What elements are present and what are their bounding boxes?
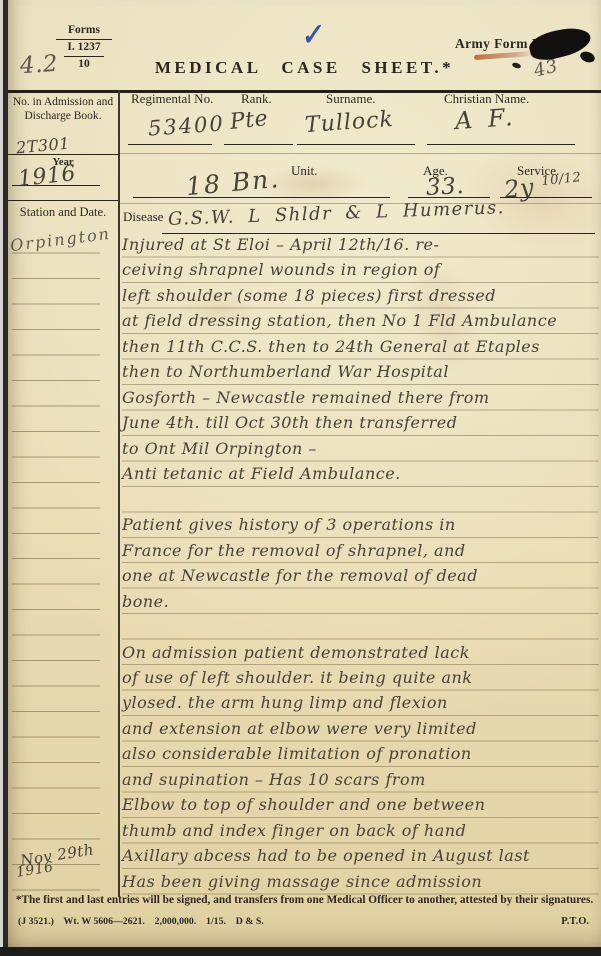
handwritten-line: Injured at St Eloi – April 12th/16. re- [122, 232, 601, 257]
handwritten-line [122, 487, 601, 512]
admission-book-label: No. in Admission and Discharge Book. [10, 96, 116, 123]
forms-ref-rule [64, 56, 104, 57]
handwritten-line: France for the removal of shrapnel, and [122, 538, 601, 563]
footer-pto: P.T.O. [561, 916, 589, 927]
handwritten-line: then to Northumberland War Hospital [122, 359, 601, 384]
handwritten-line: June 4th. till Oct 30th then transferred [122, 410, 601, 435]
army-form-label: Army Form I. [455, 36, 541, 52]
handwritten-line: and extension at elbow were very limited [122, 716, 601, 741]
forms-ref-line1: Forms [52, 24, 116, 36]
regimental-no-label: Regimental No. [131, 91, 213, 107]
christian-name-value: A F. [454, 103, 517, 135]
surname-value: Tullock [304, 107, 394, 138]
footer-print-code: (J 3521.) Wt. W 5606—2621. 2,000,000. 1/… [18, 916, 264, 927]
surname-label: Surname. [326, 91, 375, 107]
handwritten-notes: Injured at St Eloi – April 12th/16. re- … [122, 232, 601, 894]
field-underline [427, 144, 575, 145]
rank-value: Pte [229, 106, 270, 135]
unit-label: Unit. [291, 163, 317, 179]
disease-label: Disease [123, 209, 163, 225]
handwritten-line: Anti tetanic at Field Ambulance. [122, 461, 601, 486]
handwritten-line: one at Newcastle for the removal of dead [122, 563, 601, 588]
footer-signature-note: *The first and last entries will be sign… [12, 894, 597, 906]
rank-label: Rank. [241, 91, 272, 107]
scanned-document-page: Forms I. 1237 10 4.2 ✓ Army Form I. 43 M… [0, 0, 601, 956]
scan-edge-bottom [0, 947, 601, 956]
sidebar-rule [12, 185, 100, 186]
column-divider [118, 90, 120, 897]
handwritten-line: and supination – Has 10 scars from [122, 767, 601, 792]
row-divider-faint [118, 153, 601, 154]
handwritten-line: of use of left shoulder. it being quite … [122, 665, 601, 690]
field-underline [128, 144, 212, 145]
check-mark-annotation: ✓ [297, 18, 325, 52]
handwritten-line: Patient gives history of 3 operations in [122, 512, 601, 537]
handwritten-line [122, 614, 601, 639]
medical-case-sheet-paper: Forms I. 1237 10 4.2 ✓ Army Form I. 43 M… [8, 0, 601, 948]
handwritten-line: thumb and index finger on back of hand [122, 818, 601, 843]
handwritten-line: also considerable limitation of pronatio… [122, 741, 601, 766]
unit-value: 18 Bn. [185, 164, 281, 201]
field-underline [224, 144, 293, 145]
handwritten-line: then 11th C.C.S. then to 24th General at… [122, 334, 601, 359]
handwritten-line: Axillary abcess had to be opened in Augu… [122, 843, 601, 868]
handwritten-line: Gosforth – Newcastle remained there from [122, 385, 601, 410]
handwritten-line: Elbow to top of shoulder and one between [122, 792, 601, 817]
handwritten-line: ceiving shrapnel wounds in region of [122, 257, 601, 282]
field-underline [133, 197, 390, 198]
forms-ref-line2: I. 1237 [52, 41, 116, 53]
sidebar-rule [8, 200, 118, 201]
handwritten-line: ylosed. the arm hung limp and flexion [122, 690, 601, 715]
handwritten-line: Has been giving massage since admission [122, 869, 601, 894]
year-value: 1916 [17, 161, 77, 192]
handwritten-line: to Ont Mil Orpington – [122, 436, 601, 461]
sidebar-ruled-lines [12, 228, 100, 891]
page-title: MEDICAL CASE SHEET.* [8, 58, 601, 78]
station-date-label: Station and Date. [10, 205, 116, 220]
handwritten-line: left shoulder (some 18 pieces) first dre… [122, 283, 601, 308]
forms-ref-rule [56, 39, 112, 40]
handwritten-line: at field dressing station, then No 1 Fld… [122, 308, 601, 333]
sidebar-rule [8, 154, 118, 155]
handwritten-line: bone. [122, 589, 601, 614]
field-underline [500, 197, 592, 198]
handwritten-line: On admission patient demonstrated lack [122, 640, 601, 665]
regimental-no-value: 53400 [147, 111, 225, 140]
field-underline [297, 144, 415, 145]
